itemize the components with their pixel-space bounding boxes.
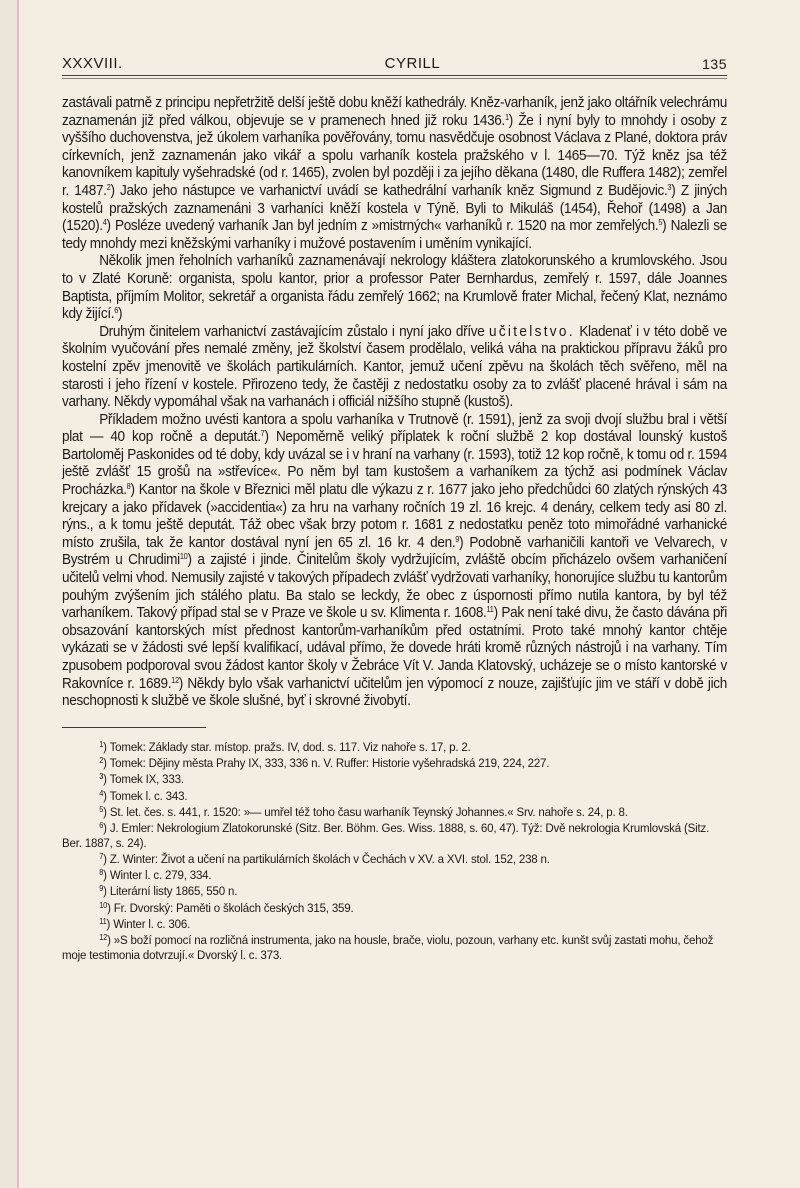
page-number: 135	[702, 56, 727, 72]
emphasized-term: učitelstvo.	[489, 324, 575, 340]
footnote: 10) Fr. Dvorský: Paměti o školách českýc…	[62, 899, 727, 915]
footnote-mark: 8	[99, 868, 103, 877]
footnote-separator	[62, 727, 206, 728]
footnote-reference[interactable]: 12	[171, 676, 179, 685]
footnote-reference[interactable]: 4	[103, 218, 107, 227]
header-rule	[62, 75, 727, 79]
footnotes: 1) Tomek: Základy star. místop. pražs. I…	[62, 738, 727, 962]
footnote: 1) Tomek: Základy star. místop. pražs. I…	[62, 738, 727, 754]
footnote-reference[interactable]: 2	[107, 183, 111, 192]
running-title: CYRILL	[385, 55, 441, 72]
footnote: 2) Tomek: Dějiny města Prahy IX, 333, 33…	[62, 754, 727, 770]
chapter-number: XXXVIII.	[62, 55, 123, 72]
footnote: 9) Literární listy 1865, 550 n.	[62, 882, 727, 898]
footnote-mark: 7	[99, 852, 103, 861]
page-edge-shadow	[0, 0, 17, 1188]
footnote: 5) St. let. čes. s. 441, r. 1520: »— umř…	[62, 803, 727, 819]
footnote-mark: 6	[99, 821, 103, 830]
footnote-mark: 9	[99, 884, 103, 893]
body-paragraph: zastávali patrně z principu nepřetržitě …	[62, 95, 727, 253]
footnote-mark: 10	[99, 901, 107, 910]
footnote-reference[interactable]: 10	[180, 552, 188, 561]
footnote-mark: 12	[99, 933, 107, 942]
body-paragraph: Příkladem možno uvésti kantora a spolu v…	[62, 412, 727, 711]
footnote-reference[interactable]: 1	[505, 113, 509, 122]
footnote-mark: 1	[99, 740, 103, 749]
footnote: 8) Winter l. c. 279, 334.	[62, 866, 727, 882]
footnote-mark: 5	[99, 805, 103, 814]
footnote: 12) »S boží pomocí na rozličná instrumen…	[62, 931, 727, 962]
footnote-mark: 3	[99, 772, 103, 781]
page-edge-line	[17, 0, 19, 1188]
footnote: 11) Winter l. c. 306.	[62, 915, 727, 931]
footnote-mark: 11	[99, 917, 106, 926]
footnote-mark: 4	[99, 789, 103, 798]
running-header: XXXVIII. CYRILL 135	[62, 50, 727, 72]
footnote-reference[interactable]: 5	[658, 218, 662, 227]
body-text: zastávali patrně z principu nepřetržitě …	[62, 95, 727, 711]
footnote-reference[interactable]: 6	[114, 306, 118, 315]
footnote: 3) Tomek IX, 333.	[62, 770, 727, 786]
footnote-mark: 2	[99, 756, 103, 765]
body-paragraph: Druhým činitelem varhanictví zastávající…	[62, 324, 727, 412]
footnote: 6) J. Emler: Nekrologium Zlatokorunské (…	[62, 819, 727, 850]
footnote-reference[interactable]: 7	[261, 429, 265, 438]
footnote: 7) Z. Winter: Život a učení na partikulá…	[62, 850, 727, 866]
footnote: 4) Tomek l. c. 343.	[62, 787, 727, 803]
footnote-reference[interactable]: 8	[127, 482, 131, 491]
body-paragraph: Několik jmen řeholních varhaníků zazname…	[62, 253, 727, 323]
footnote-reference[interactable]: 11	[486, 605, 493, 614]
book-page: XXXVIII. CYRILL 135 zastávali patrně z p…	[62, 50, 727, 962]
footnote-reference[interactable]: 3	[667, 183, 671, 192]
footnote-reference[interactable]: 9	[455, 535, 459, 544]
